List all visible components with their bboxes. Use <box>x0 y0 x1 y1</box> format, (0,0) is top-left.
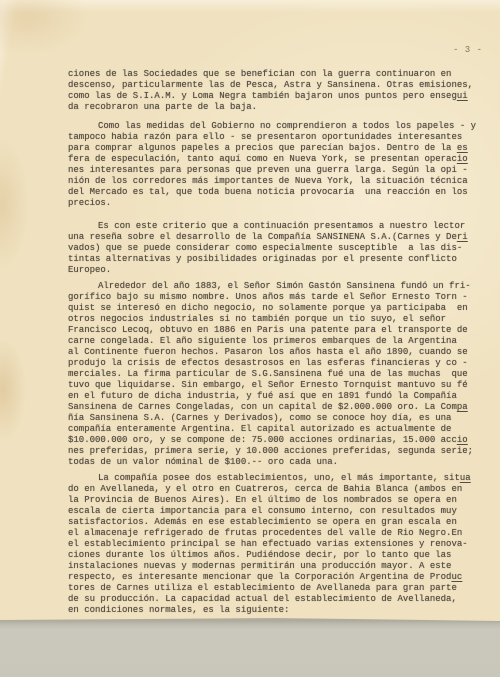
text-line: Sansinena de Carnes Congeladas, con un c… <box>68 402 473 413</box>
text-line: tores de Carnes utiliza el establecimien… <box>68 583 471 594</box>
text-line: tampoco habia razón para ello - se prese… <box>68 132 476 143</box>
text-line: nes interesantes para personas que preve… <box>68 165 476 176</box>
text-line: do en Avellaneda, y el otro en Cuatreros… <box>68 484 471 495</box>
photo-background: - 3 - ciones de las Sociedades que se be… <box>0 0 500 677</box>
document-body: ciones de las Sociedades que se benefici… <box>0 0 500 624</box>
text-line: fera de especulación, tanto aquí como en… <box>68 154 476 165</box>
text-line: Como las medidas del Gobierno no compren… <box>68 121 476 132</box>
text-line: Francisco Lecoq, obtuvo en 1886 en Paris… <box>68 325 473 336</box>
text-line: como las de S.I.A.M. y Loma Negra tambié… <box>68 91 473 102</box>
text-line: gorífico bajo su mismo nombre. Unos años… <box>68 292 473 303</box>
text-line: precios. <box>68 198 476 209</box>
text-line: todas de un valor nóminal de $100.-- oro… <box>68 457 473 468</box>
paragraph: ciones de las Sociedades que se benefici… <box>68 69 473 113</box>
text-line: Alrededor del año 1883, el Señor Simón G… <box>68 281 473 292</box>
text-line: merciales. La firma particular de S.G.Sa… <box>68 369 473 380</box>
text-line: Europeo. <box>68 265 468 276</box>
text-line: para comprar algunos papeles a precios q… <box>68 143 476 154</box>
text-line: tuvo que liquidarse. Sin embargo, el Señ… <box>68 380 473 391</box>
text-line: instalaciones nuevas y modernas permitir… <box>68 561 471 572</box>
text-line: de su producción. La capacidad actual de… <box>68 594 471 605</box>
text-line: el establecimiento principal se han efec… <box>68 539 471 550</box>
text-line: vados) que se puede considerar como espe… <box>68 243 468 254</box>
text-line: al Continente fueron hechos. Pasaron los… <box>68 347 473 358</box>
text-line: nión de los corredores más importantes d… <box>68 176 476 187</box>
paragraph: La compañía posee dos establecimientos, … <box>68 473 471 616</box>
document-page: - 3 - ciones de las Sociedades que se be… <box>0 0 500 624</box>
text-line: $10.000.000 oro, y se compone de: 75.000… <box>68 435 473 446</box>
text-line: el almacenaje refrigerado de frutas proc… <box>68 528 471 539</box>
text-line: respecto, es interesante mencionar que l… <box>68 572 471 583</box>
text-line: la Provincia de Buenos Aires). En el últ… <box>68 495 471 506</box>
text-line: nes preferidas, primera serie, y 10.000 … <box>68 446 473 457</box>
text-line: satisfactorios. Además en ese establecim… <box>68 517 471 528</box>
paragraph: Como las medidas del Gobierno no compren… <box>68 121 476 209</box>
text-line: produjo la crisis de efectos desastrosos… <box>68 358 473 369</box>
text-line: una reseña sobre el desarrollo de la Com… <box>68 232 468 243</box>
text-line: ciones de las Sociedades que se benefici… <box>68 69 473 80</box>
text-line: tintas alternativas y posibilidades orig… <box>68 254 468 265</box>
text-line: quist se interesó en dicho negocio, no s… <box>68 303 473 314</box>
text-line: compañía enteramente Argentina. El capit… <box>68 424 473 435</box>
text-line: Es con este criterio que a continuación … <box>68 221 468 232</box>
text-line: ciones durante los últimos años. Pudiénd… <box>68 550 471 561</box>
text-line: ñía Sansinena S.A. (Carnes y Derivados),… <box>68 413 473 424</box>
text-line: en el futuro de dicha industria, y fué a… <box>68 391 473 402</box>
text-line: en condiciones normales, es la siguiente… <box>68 605 471 616</box>
text-line: da recobraron una parte de la baja. <box>68 102 473 113</box>
text-line: carne congelada. El año siguiente los pr… <box>68 336 473 347</box>
text-line: La compañía posee dos establecimientos, … <box>68 473 471 484</box>
text-line: del Mercado es tal, que toda buena notic… <box>68 187 476 198</box>
text-line: escala de cierta importancia para el con… <box>68 506 471 517</box>
paragraph: Alrededor del año 1883, el Señor Simón G… <box>68 281 473 468</box>
paragraph: Es con este criterio que a continuación … <box>68 221 468 276</box>
text-line: descenso, particularmente las de Pesca, … <box>68 80 473 91</box>
text-line: otros negocios industriales si no tambié… <box>68 314 473 325</box>
